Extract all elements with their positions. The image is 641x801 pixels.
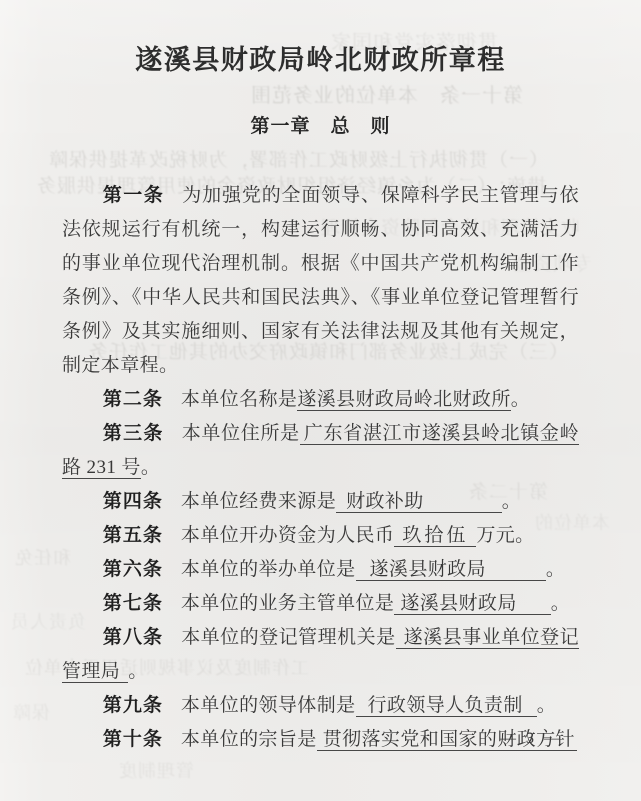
article-4-prefix: 本单位经费来源是 [181,491,336,512]
article-5-value: 玖拾伍 [394,525,476,547]
document-title: 遂溪县财政局岭北财政所章程 [0,0,641,80]
article-6-label: 第六条 [103,559,163,580]
article-2: 第二条本单位名称是遂溪县财政局岭北财政所。 [62,383,579,417]
chapter-heading: 第一章 总 则 [0,113,641,141]
article-8-suffix: 。 [128,661,147,682]
article-2-prefix: 本单位名称是 [181,389,297,410]
article-5: 第五条本单位开办资金为人民币玖拾伍万元。 [62,519,579,553]
article-9-prefix: 本单位的领导体制是 [181,695,356,716]
article-4-label: 第四条 [103,491,163,512]
article-6-prefix: 本单位的举办单位是 [181,559,356,580]
article-10-label: 第十条 [103,729,163,750]
article-4-suffix: 。 [502,491,521,512]
article-7-value: 遂溪县财政局 [394,593,550,615]
article-7: 第七条本单位的业务主管单位是遂溪县财政局。 [62,587,579,621]
article-2-suffix: 。 [511,389,530,410]
article-7-suffix: 。 [551,593,570,614]
article-9-value: 行政领导人负责制 [356,695,537,717]
article-8-prefix: 本单位的登记管理机关是 [181,627,395,648]
article-8-label: 第八条 [103,627,163,648]
article-2-value: 遂溪县财政局岭北财政所 [297,389,510,411]
article-6: 第六条本单位的举办单位是遂溪县财政局。 [62,553,579,587]
article-9-suffix: 。 [537,695,556,716]
article-3-label: 第三条 [103,423,164,444]
document-body: 第一条为加强党的全面领导、保障科学民主管理与依法依规运行有机统一，构建运行顺畅、… [0,179,641,757]
article-5-prefix: 本单位开办资金为人民币 [181,525,394,546]
article-3-suffix: 。 [141,457,160,478]
article-8: 第八条本单位的登记管理机关是遂溪县事业单位登记管理局。 [62,621,579,689]
document-content: 遂溪县财政局岭北财政所章程 第一章 总 则 第一条为加强党的全面领导、保障科学民… [0,0,641,757]
page-number: — 3 — [500,730,563,748]
article-10-prefix: 本单位的宗旨是 [181,729,317,750]
article-1: 第一条为加强党的全面领导、保障科学民主管理与依法依规运行有机统一，构建运行顺畅、… [62,179,579,383]
article-7-prefix: 本单位的业务主管单位是 [181,593,394,614]
ghost-text: 管理制度 [118,757,194,783]
article-1-text: 为加强党的全面领导、保障科学民主管理与依法依规运行有机统一，构建运行顺畅、协同高… [62,185,579,376]
article-6-suffix: 。 [546,559,565,580]
article-6-value: 遂溪县财政局 [356,559,546,581]
article-7-label: 第七条 [103,593,163,614]
article-5-suffix: 万元。 [476,525,534,546]
article-9-label: 第九条 [103,695,163,716]
article-2-label: 第二条 [103,389,163,410]
article-5-label: 第五条 [103,525,163,546]
article-1-label: 第一条 [103,185,164,206]
article-3: 第三条本单位住所是广东省湛江市遂溪县岭北镇金岭路 231 号。 [62,417,579,485]
article-4-value: 财政补助 [336,491,502,513]
article-3-prefix: 本单位住所是 [182,423,300,444]
article-9: 第九条本单位的领导体制是行政领导人负责制。 [62,689,579,723]
article-4: 第四条本单位经费来源是财政补助。 [62,485,579,519]
scanned-document-page: 贯彻落实党和国家第十一条 本单位的业务范围（一）贯彻执行上级财政工作部署，为财税… [0,0,641,801]
